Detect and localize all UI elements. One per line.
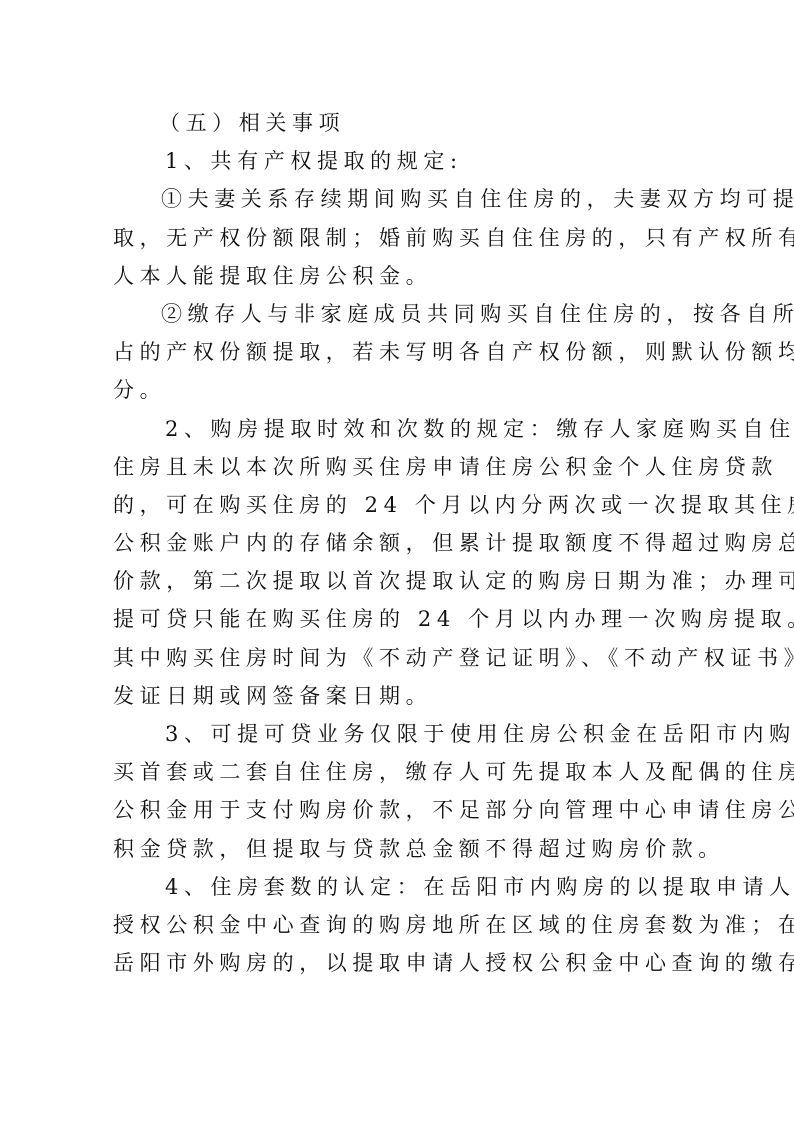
paragraph-line: 的，可在购买住房的 24 个月以内分两次或一次提取其住房 [113,486,683,524]
paragraph-line: 买首套或二套自住住房，缴存人可先提取本人及配偶的住房 [113,753,683,791]
paragraph-line: ②缴存人与非家庭成员共同购买自住住房的，按各自所 [113,295,683,333]
section-heading: （五）相关事项 [113,104,683,142]
document-page: （五）相关事项 1、共有产权提取的规定: ①夫妻关系存续期间购买自住住房的，夫妻… [113,104,683,982]
paragraph-line: 人本人能提取住房公积金。 [113,257,683,295]
paragraph-line: 占的产权份额提取，若未写明各自产权份额，则默认份额均 [113,333,683,371]
paragraph-line: ①夫妻关系存续期间购买自住住房的，夫妻双方均可提 [113,180,683,218]
paragraph-line: 分。 [113,371,683,409]
paragraph-line: 2、购房提取时效和次数的规定：缴存人家庭购买自住 [113,410,683,448]
paragraph-line: 4、住房套数的认定：在岳阳市内购房的以提取申请人 [113,868,683,906]
subsection-title-1: 1、共有产权提取的规定: [113,142,683,180]
paragraph-line: 岳阳市外购房的，以提取申请人授权公积金中心查询的缴存 [113,944,683,982]
paragraph-line: 授权公积金中心查询的购房地所在区域的住房套数为准；在 [113,906,683,944]
paragraph-line: 价款，第二次提取以首次提取认定的购房日期为准；办理可 [113,562,683,600]
paragraph-line: 公积金账户内的存储余额，但累计提取额度不得超过购房总 [113,524,683,562]
paragraph-line: 其中购买住房时间为《不动产登记证明》、《不动产权证书》 [113,639,683,677]
paragraph-line: 住房且未以本次所购买住房申请住房公积金个人住房贷款 [113,448,683,486]
paragraph-line: 发证日期或网签备案日期。 [113,677,683,715]
paragraph-line: 公积金用于支付购房价款，不足部分向管理中心申请住房公 [113,791,683,829]
paragraph-line: 积金贷款，但提取与贷款总金额不得超过购房价款。 [113,830,683,868]
paragraph-line: 提可贷只能在购买住房的 24 个月以内办理一次购房提取。 [113,600,683,638]
paragraph-line: 取，无产权份额限制；婚前购买自住住房的，只有产权所有 [113,219,683,257]
paragraph-line: 3、可提可贷业务仅限于使用住房公积金在岳阳市内购 [113,715,683,753]
